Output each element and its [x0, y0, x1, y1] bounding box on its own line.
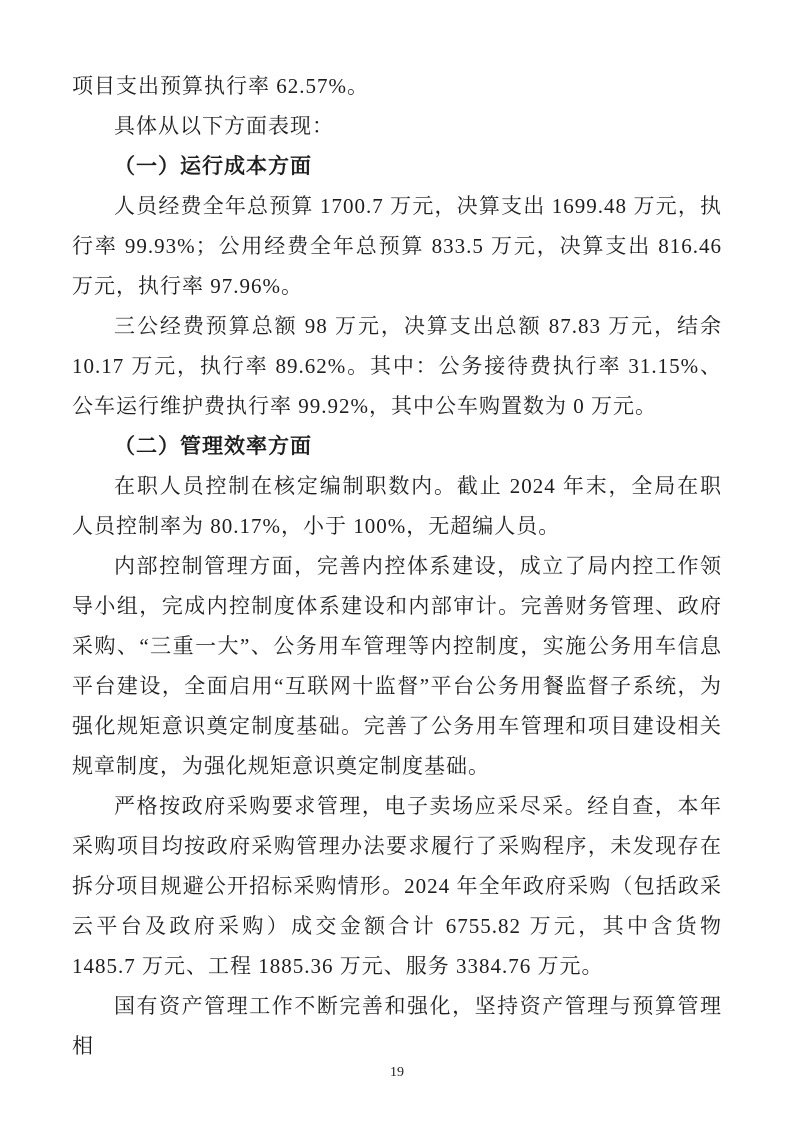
document-content: 项目支出预算执行率 62.57%。具体从以下方面表现：（一）运行成本方面人员经费… [72, 66, 722, 1066]
page-number: 19 [0, 1065, 794, 1081]
section-heading: （一）运行成本方面 [72, 146, 722, 186]
document-page: 项目支出预算执行率 62.57%。具体从以下方面表现：（一）运行成本方面人员经费… [0, 0, 794, 1122]
paragraph: 严格按政府采购要求管理，电子卖场应采尽采。经自查，本年采购项目均按政府采购管理办… [72, 786, 722, 986]
paragraph: 人员经费全年总预算 1700.7 万元，决算支出 1699.48 万元，执行率 … [72, 186, 722, 306]
paragraph: 具体从以下方面表现： [72, 106, 722, 146]
paragraph: 项目支出预算执行率 62.57%。 [72, 66, 722, 106]
paragraph: 国有资产管理工作不断完善和强化，坚持资产管理与预算管理相 [72, 986, 722, 1066]
section-heading: （二）管理效率方面 [72, 426, 722, 466]
paragraph: 三公经费预算总额 98 万元，决算支出总额 87.83 万元，结余 10.17 … [72, 306, 722, 426]
paragraph: 内部控制管理方面，完善内控体系建设，成立了局内控工作领导小组，完成内控制度体系建… [72, 546, 722, 786]
paragraph: 在职人员控制在核定编制职数内。截止 2024 年末，全局在职人员控制率为 80.… [72, 466, 722, 546]
